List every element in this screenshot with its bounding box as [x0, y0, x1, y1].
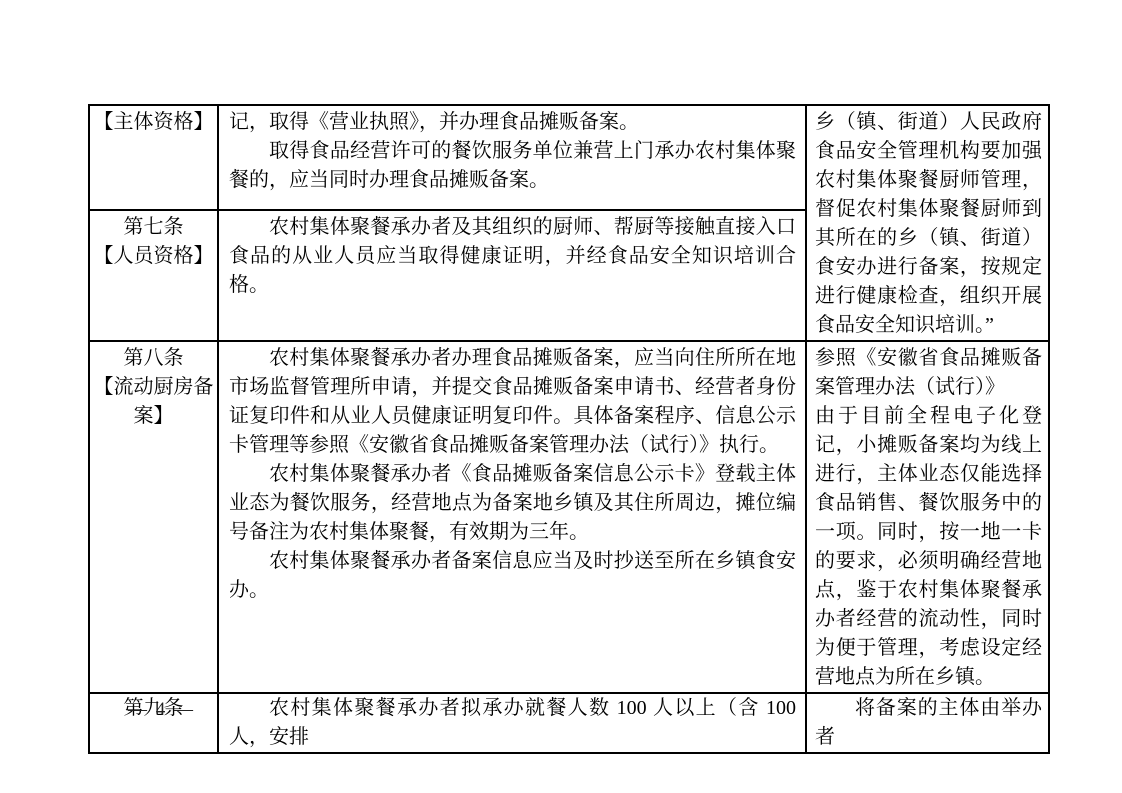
table-row: 【主体资格】 记，取得《营业执照》，并办理食品摊贩备案。 取得食品经营许可的餐饮… — [89, 105, 1049, 210]
article-label-cell: 【主体资格】 — [89, 105, 218, 210]
provision-paragraph: 农村集体聚餐承办者及其组织的厨师、帮厨等接触直接入口食品的从业人员应当取得健康证… — [229, 213, 796, 300]
provision-paragraph: 农村集体聚餐承办者备案信息应当及时抄送至所在乡镇食安办。 — [229, 547, 796, 605]
note-text-cell: 乡（镇、街道）人民政府食品安全管理机构要加强农村集体聚餐厨师管理，督促农村集体聚… — [806, 105, 1049, 341]
note-paragraph: 由于目前全程电子化登记，小摊贩备案均为线上进行，主体业态仅能选择食品销售、餐饮服… — [815, 402, 1042, 692]
note-text-cell: 参照《安徽省食品摊贩备案管理办法（试行）》 由于目前全程电子化登记，小摊贩备案均… — [806, 341, 1049, 693]
article-label-cell: 第八条 【流动厨房备案】 — [89, 341, 218, 693]
note-paragraph: 乡（镇、街道）人民政府食品安全管理机构要加强农村集体聚餐厨师管理，督促农村集体聚… — [815, 108, 1042, 340]
provisions-table: 【主体资格】 记，取得《营业执照》，并办理食品摊贩备案。 取得食品经营许可的餐饮… — [88, 104, 1050, 754]
table-row: 第九条 农村集体聚餐承办者拟承办就餐人数 100 人以上（含 100 人，安排 … — [89, 693, 1049, 753]
provision-text-cell: 农村集体聚餐承办者办理食品摊贩备案，应当向住所所在地市场监督管理所申请，并提交食… — [218, 341, 806, 693]
note-text-cell: 将备案的主体由举办者 — [806, 693, 1049, 753]
provision-paragraph: 农村集体聚餐承办者《食品摊贩备案信息公示卡》登载主体业态为餐饮服务，经营地点为备… — [229, 460, 796, 547]
provision-text-cell: 农村集体聚餐承办者拟承办就餐人数 100 人以上（含 100 人，安排 — [218, 693, 806, 753]
provision-paragraph: 农村集体聚餐承办者拟承办就餐人数 100 人以上（含 100 人，安排 — [229, 694, 796, 752]
article-label-cell: 第七条 【人员资格】 — [89, 210, 218, 341]
provision-paragraph: 取得食品经营许可的餐饮服务单位兼营上门承办农村集体聚餐的，应当同时办理食品摊贩备… — [229, 137, 796, 195]
article-title-label: 【流动厨房备案】 — [91, 373, 216, 431]
provision-text-cell: 记，取得《营业执照》，并办理食品摊贩备案。 取得食品经营许可的餐饮服务单位兼营上… — [218, 105, 806, 210]
article-number-label: 第七条 — [91, 213, 216, 242]
note-paragraph: 参照《安徽省食品摊贩备案管理办法（试行）》 — [815, 344, 1042, 402]
page-number: — 4 — — [128, 699, 195, 721]
provision-paragraph: 记，取得《营业执照》，并办理食品摊贩备案。 — [229, 108, 796, 137]
provision-text-cell: 农村集体聚餐承办者及其组织的厨师、帮厨等接触直接入口食品的从业人员应当取得健康证… — [218, 210, 806, 341]
note-paragraph: 将备案的主体由举办者 — [815, 694, 1042, 752]
document-page: 【主体资格】 记，取得《营业执照》，并办理食品摊贩备案。 取得食品经营许可的餐饮… — [0, 0, 1122, 793]
table-row: 第八条 【流动厨房备案】 农村集体聚餐承办者办理食品摊贩备案，应当向住所所在地市… — [89, 341, 1049, 693]
provision-paragraph: 农村集体聚餐承办者办理食品摊贩备案，应当向住所所在地市场监督管理所申请，并提交食… — [229, 344, 796, 460]
article-number-label: 第八条 — [91, 344, 216, 373]
article-label: 【主体资格】 — [91, 108, 216, 137]
article-title-label: 【人员资格】 — [91, 242, 216, 271]
